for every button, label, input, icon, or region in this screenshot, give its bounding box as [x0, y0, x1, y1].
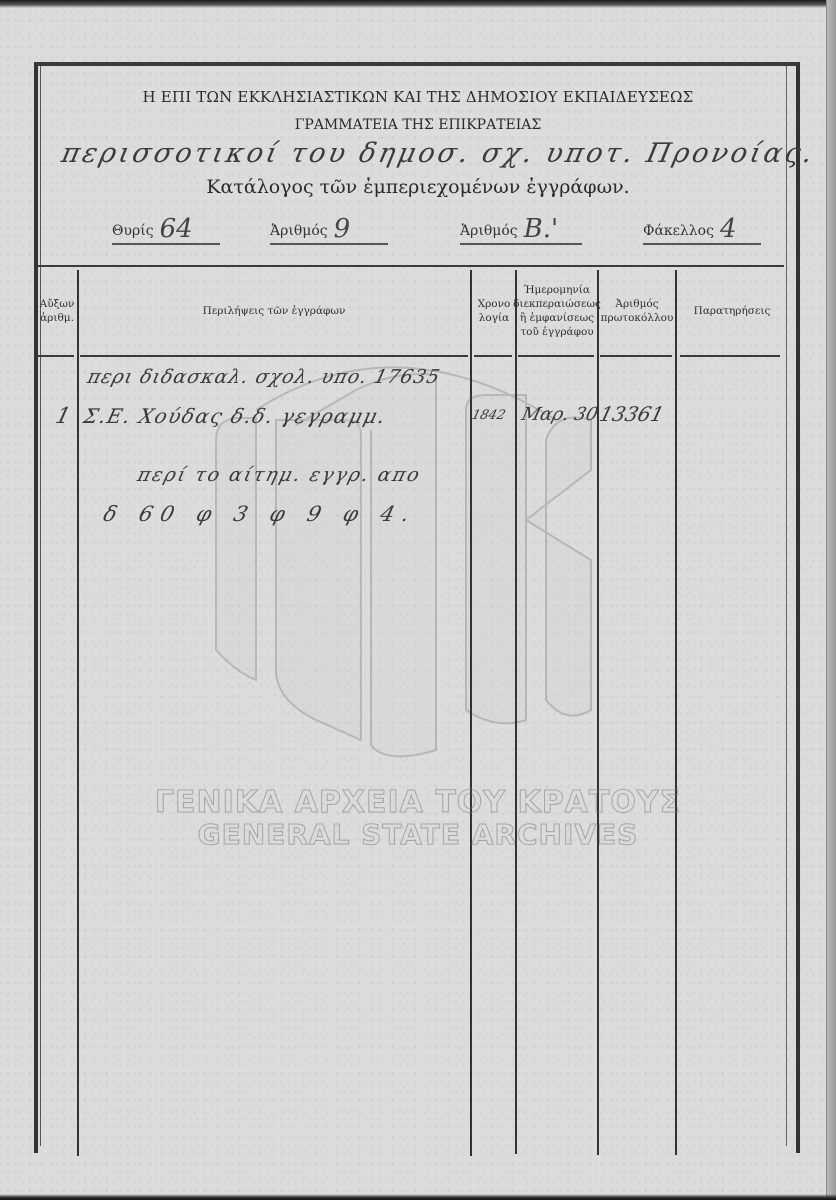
- scan-bottom-edge: [0, 1194, 836, 1200]
- header-bottom-rule-chronology: [474, 355, 512, 357]
- catalog-title: Κατάλογος τῶν ἐμπεριεχομένων ἐγγράφων.: [0, 176, 836, 198]
- field-arithmos-1: Ἀριθμός 9: [270, 213, 390, 243]
- field-arithmos-2: Ἀριθμός Β.': [460, 213, 585, 243]
- column-divider-4: [597, 270, 599, 1155]
- underline: [112, 243, 220, 245]
- header-bottom-rule-serial: [38, 355, 74, 357]
- field-thyris: Θυρίς 64: [112, 213, 222, 243]
- field-label: Θυρίς: [112, 223, 154, 243]
- underline: [643, 243, 761, 245]
- column-divider-3: [515, 270, 517, 1154]
- header-bottom-rule-remarks: [680, 355, 780, 357]
- header-bottom-rule-protocol: [600, 355, 672, 357]
- watermark-greek: ΓΕΝΙΚΑ ΑΡΧΕΙΑ ΤΟΥ ΚΡΑΤΟΥΣ: [0, 785, 836, 820]
- field-value: 4: [720, 215, 737, 243]
- entry-note-above: περι διδασκαλ. σχολ. υπο. 17635: [85, 366, 442, 388]
- column-header-date: Ἡμερομηνία διεκπεραιώσεως ἢ ἐμφανίσεως τ…: [518, 268, 596, 354]
- field-value: Β.': [524, 215, 559, 243]
- column-header-protocol: Ἀριθμός πρωτοκόλλου: [600, 268, 674, 354]
- field-value: 9: [334, 215, 351, 243]
- column-divider-2: [470, 270, 472, 1156]
- field-value: 64: [160, 215, 193, 243]
- field-label: Ἀριθμός: [460, 223, 518, 243]
- column-header-summary: Περιλήψεις τῶν ἐγγράφων: [80, 268, 468, 354]
- entry-chronology: 1842: [470, 408, 507, 423]
- column-divider-5: [675, 270, 677, 1155]
- column-header-chronology: Χρονο λογία: [474, 268, 514, 354]
- field-label: Ἀριθμός: [270, 223, 328, 243]
- entry-continuation-2: δ 60 φ 3 φ 9 φ 4.: [101, 502, 420, 526]
- scan-top-edge: [0, 0, 836, 8]
- entry-protocol: 13361: [597, 402, 667, 426]
- column-divider-1: [77, 270, 79, 1156]
- column-header-serial: Αὔξων ἀριθμ.: [38, 268, 76, 354]
- header-bottom-rule-summary: [80, 355, 468, 357]
- frame-inner-line-right: [786, 66, 787, 1146]
- entry-continuation-1: περί το αίτημ. εγγρ. απο: [135, 464, 423, 486]
- ministry-heading: Η ΕΠΙ ΤΩΝ ΕΚΚΛΗΣΙΑΣΤΙΚΩΝ ΚΑΙ ΤΗΣ ΔΗΜΟΣΙΟ…: [0, 88, 836, 106]
- column-header-remarks: Παρατηρήσεις: [680, 268, 784, 354]
- frame-inner-line-left: [40, 66, 41, 1146]
- handwritten-subject: περισσοτικοί του δημοσ. σχ. υποτ. Προνοί…: [59, 138, 806, 169]
- table-top-rule: [38, 265, 784, 267]
- underline: [270, 243, 388, 245]
- field-label: Φάκελλος: [643, 223, 714, 243]
- header-bottom-rule-date: [518, 355, 594, 357]
- secretariat-heading: ΓΡΑΜΜΑΤΕΙΑ ΤΗΣ ΕΠΙΚΡΑΤΕΙΑΣ: [0, 117, 836, 133]
- field-fakellos: Φάκελλος 4: [643, 213, 763, 243]
- underline: [460, 243, 582, 245]
- watermark-english: GENERAL STATE ARCHIVES: [0, 818, 836, 851]
- entry-summary: Σ.Ε. Χούδας δ.δ. γεγραμμ.: [81, 404, 389, 428]
- entry-date: Μαρ. 30: [519, 404, 600, 425]
